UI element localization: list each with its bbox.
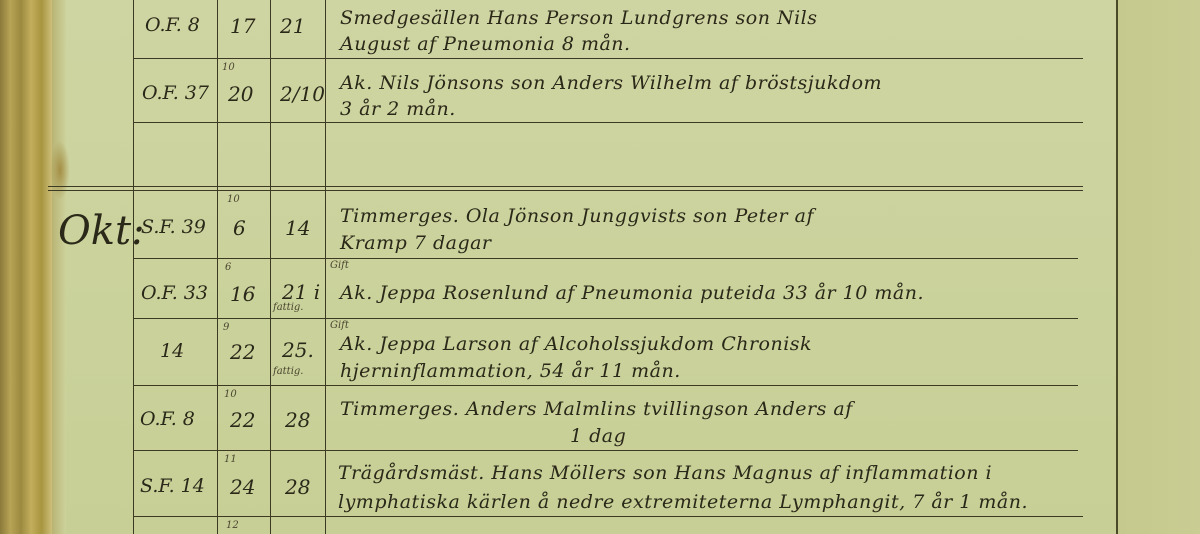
burial-day-note: fattig. [273, 366, 303, 377]
death-day-cell: 16 [230, 282, 255, 306]
month-marker: Okt: [58, 208, 145, 254]
superscript-day: 10 [222, 62, 235, 73]
column-rule-ref [133, 0, 134, 534]
death-day-cell: 22 [230, 408, 255, 432]
death-day-cell: 20 [228, 82, 253, 106]
entry-line-2: Kramp 7 dagar [340, 232, 492, 254]
burial-day-cell: 2/10 [280, 82, 325, 106]
row-rule [133, 385, 1078, 386]
book-binding [0, 0, 52, 534]
ref-cell: O.F. 8 [140, 408, 195, 430]
ref-cell: O.F. 8 [145, 14, 200, 36]
burial-day-cell: 28 [285, 408, 310, 432]
column-rule-burial-day [270, 0, 271, 534]
burial-day-cell: 14 [285, 216, 310, 240]
entry-line-2: 3 år 2 mån. [340, 98, 456, 120]
burial-day-note: fattig. [273, 302, 303, 313]
row-rule [133, 122, 1083, 123]
row-rule [133, 58, 1083, 59]
paper-stain [50, 140, 70, 200]
superscript-day: 12 [226, 520, 239, 531]
superscript-day: 11 [224, 454, 237, 465]
row-rule [133, 516, 1083, 517]
death-day-cell: 22 [230, 340, 255, 364]
next-page-margin [1118, 0, 1200, 534]
death-day-cell: 17 [230, 14, 255, 38]
entry-line-1: Smedgesällen Hans Person Lundgrens son N… [340, 7, 818, 29]
superscript-day: 6 [225, 262, 231, 273]
entry-line-2: August af Pneumonia 8 mån. [340, 33, 631, 55]
column-rule-entry [325, 0, 326, 534]
burial-day-cell: 21 [280, 14, 305, 38]
entry-line-1: Ak. Nils Jönsons son Anders Wilhelm af b… [340, 72, 882, 94]
entry-line-1: Ak. Jeppa Larson af Alcoholssjukdom Chro… [340, 333, 812, 355]
ref-cell: S.F. 14 [140, 475, 205, 497]
ref-cell: S.F. 39 [141, 216, 206, 238]
ref-cell: O.F. 37 [142, 82, 209, 104]
margin-note: Gift [330, 320, 349, 331]
superscript-day: 10 [224, 389, 237, 400]
entry-line-2: lymphatiska kärlen å nedre extremitetern… [338, 491, 1028, 513]
row-rule [133, 318, 1078, 319]
row-rule [133, 258, 1078, 259]
entry-line-1: Trägårdsmäst. Hans Möllers son Hans Magn… [338, 462, 992, 484]
margin-note: Gift [330, 260, 349, 271]
superscript-day: 9 [223, 322, 229, 333]
gutter-shadow [52, 0, 66, 534]
burial-day-cell: 28 [285, 475, 310, 499]
month-rule [48, 190, 1083, 191]
death-day-cell: 6 [233, 216, 246, 240]
burial-day-cell: 21 i [282, 280, 320, 304]
column-rule-death-day [217, 0, 218, 534]
entry-line-2: hjerninflammation, 54 år 11 mån. [340, 360, 681, 382]
entry-line-1: Timmerges. Ola Jönson Junggvists son Pet… [340, 205, 814, 227]
superscript-day: 10 [227, 194, 240, 205]
ref-cell: 14 [160, 340, 184, 362]
entry-line-1: Timmerges. Anders Malmlins tvillingson A… [340, 398, 853, 420]
entry-line-2: 1 dag [570, 425, 626, 447]
ref-cell: O.F. 33 [141, 282, 208, 304]
entry-line-1: Ak. Jeppa Rosenlund af Pneumonia puteida… [340, 282, 924, 304]
death-day-cell: 24 [230, 475, 255, 499]
month-rule [48, 186, 1083, 187]
burial-day-cell: 25. [282, 338, 314, 362]
row-rule [133, 450, 1078, 451]
